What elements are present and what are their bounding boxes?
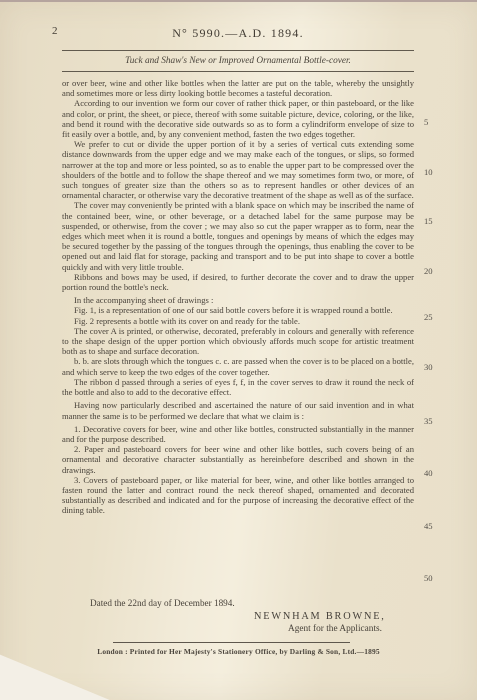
scanned-patent-page: 2 N° 5990.—A.D. 1894. Tuck and Shaw's Ne… — [0, 0, 477, 700]
margin-line-number: 10 — [424, 167, 440, 177]
paragraph: The ribbon d passed through a series of … — [62, 377, 414, 397]
dated-line: Dated the 22nd day of December 1894. — [90, 598, 235, 608]
paragraph: Ribbons and bows may be used, if desired… — [62, 272, 414, 292]
patent-number-heading: N° 5990.—A.D. 1894. — [62, 26, 414, 41]
paragraph: Fig. 1, is a representation of one of ou… — [62, 305, 414, 315]
specification-text: or over beer, wine and other like bottle… — [62, 78, 414, 596]
paragraph: In the accompanying sheet of drawings : — [62, 295, 414, 305]
paragraph: Fig. 2 represents a bottle with its cove… — [62, 316, 414, 326]
paper-sheet: 2 N° 5990.—A.D. 1894. Tuck and Shaw's Ne… — [0, 2, 477, 700]
margin-line-number: 5 — [424, 117, 440, 127]
margin-line-number: 25 — [424, 312, 440, 322]
paragraph: or over beer, wine and other like bottle… — [62, 78, 414, 98]
margin-line-number: 50 — [424, 573, 440, 583]
signature-name: NEWNHAM BROWNE, — [254, 611, 386, 622]
margin-line-number: 15 — [424, 216, 440, 226]
header-rule-top — [62, 50, 414, 51]
paragraph: According to our invention we form our c… — [62, 98, 414, 139]
claim-3: 3. Covers of pasteboard paper, or like m… — [62, 475, 414, 516]
paragraph: b. b. are slots through which the tongue… — [62, 356, 414, 376]
printer-imprint: London : Printed for Her Majesty's Stati… — [40, 647, 437, 656]
paragraph-preamble-to-claims: Having now particularly described and as… — [62, 400, 414, 420]
claim-2: 2. Paper and pasteboard covers for beer … — [62, 444, 414, 475]
paragraph: The cover may conveniently be printed wi… — [62, 200, 414, 271]
margin-line-number: 45 — [424, 521, 440, 531]
margin-line-number: 40 — [424, 468, 440, 478]
header-rule-bottom — [62, 71, 414, 72]
claim-1: 1. Decorative covers for beer, wine and … — [62, 424, 414, 444]
patent-title: Tuck and Shaw's New or Improved Ornament… — [62, 56, 414, 66]
page-number: 2 — [52, 25, 58, 37]
paragraph: We prefer to cut or divide the upper por… — [62, 139, 414, 200]
signature-role: Agent for the Applicants. — [288, 624, 382, 634]
paragraph: The cover A is printed, or otherwise, de… — [62, 326, 414, 357]
margin-line-number: 30 — [424, 362, 440, 372]
footer-rule — [113, 642, 350, 643]
margin-line-number: 20 — [424, 266, 440, 276]
margin-line-number: 35 — [424, 416, 440, 426]
